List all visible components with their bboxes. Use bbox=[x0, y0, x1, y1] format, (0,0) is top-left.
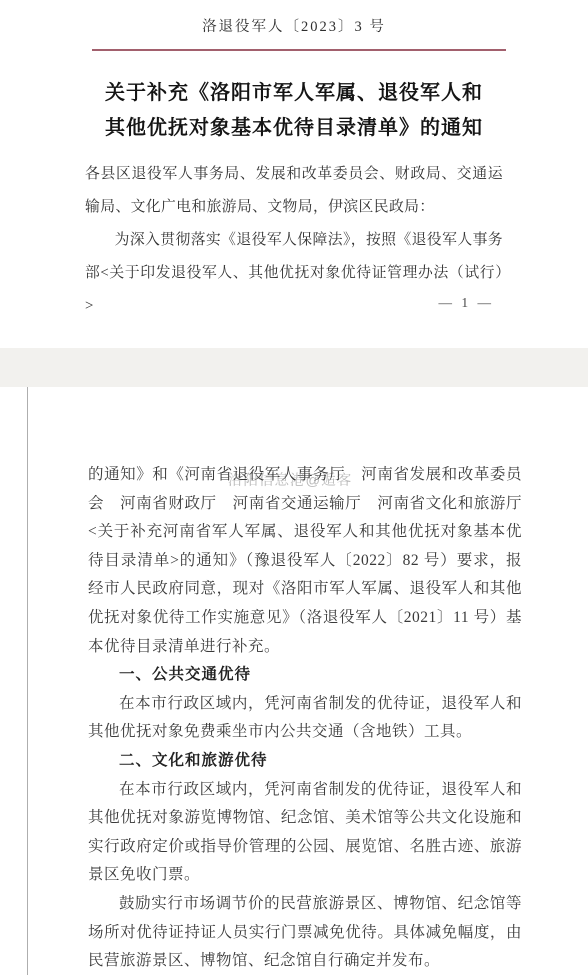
scan-edge-line bbox=[27, 387, 28, 975]
page-number: — 1 — bbox=[439, 295, 495, 311]
page-1: 洛退役军人〔2023〕3 号 关于补充《洛阳市军人军属、退役军人和 其他优抚对象… bbox=[0, 0, 588, 348]
notice-title: 关于补充《洛阳市军人军属、退役军人和 其他优抚对象基本优待目录清单》的通知 bbox=[59, 76, 529, 146]
section-2-paragraph-2: 鼓励实行市场调节价的民营旅游景区、博物馆、纪念馆等场所对优待证持证人员实行门票减… bbox=[88, 890, 522, 975]
page-2: 洛阳信息港@逅客 的通知》和《河南省退役军人事务厅 河南省发展和改革委员会 河南… bbox=[0, 387, 588, 975]
notice-title-line-1: 关于补充《洛阳市军人军属、退役军人和 bbox=[59, 76, 529, 111]
document-number: 洛退役军人〔2023〕3 号 bbox=[0, 0, 588, 36]
recipients-paragraph: 各县区退役军人事务局、发展和改革委员会、财政局、交通运输局、文化广电和旅游局、文… bbox=[85, 158, 503, 224]
section-heading-2: 二、文化和旅游优待 bbox=[88, 747, 522, 776]
section-1-paragraph: 在本市行政区域内，凭河南省制发的优待证，退役军人和其他优抚对象免费乘坐市内公共交… bbox=[88, 690, 522, 747]
section-2-paragraph-1: 在本市行政区域内，凭河南省制发的优待证，退役军人和其他优抚对象游览博物馆、纪念馆… bbox=[88, 776, 522, 890]
section-heading-1: 一、公共交通优待 bbox=[88, 661, 522, 690]
continuation-paragraph: 的通知》和《河南省退役军人事务厅 河南省发展和改革委员会 河南省财政厅 河南省交… bbox=[88, 461, 522, 661]
notice-title-line-2: 其他优抚对象基本优待目录清单》的通知 bbox=[59, 111, 529, 146]
page-2-body: 的通知》和《河南省退役军人事务厅 河南省发展和改革委员会 河南省财政厅 河南省交… bbox=[88, 461, 522, 975]
red-separator-line bbox=[92, 49, 506, 51]
document-scan: 洛退役军人〔2023〕3 号 关于补充《洛阳市军人军属、退役军人和 其他优抚对象… bbox=[0, 0, 588, 975]
